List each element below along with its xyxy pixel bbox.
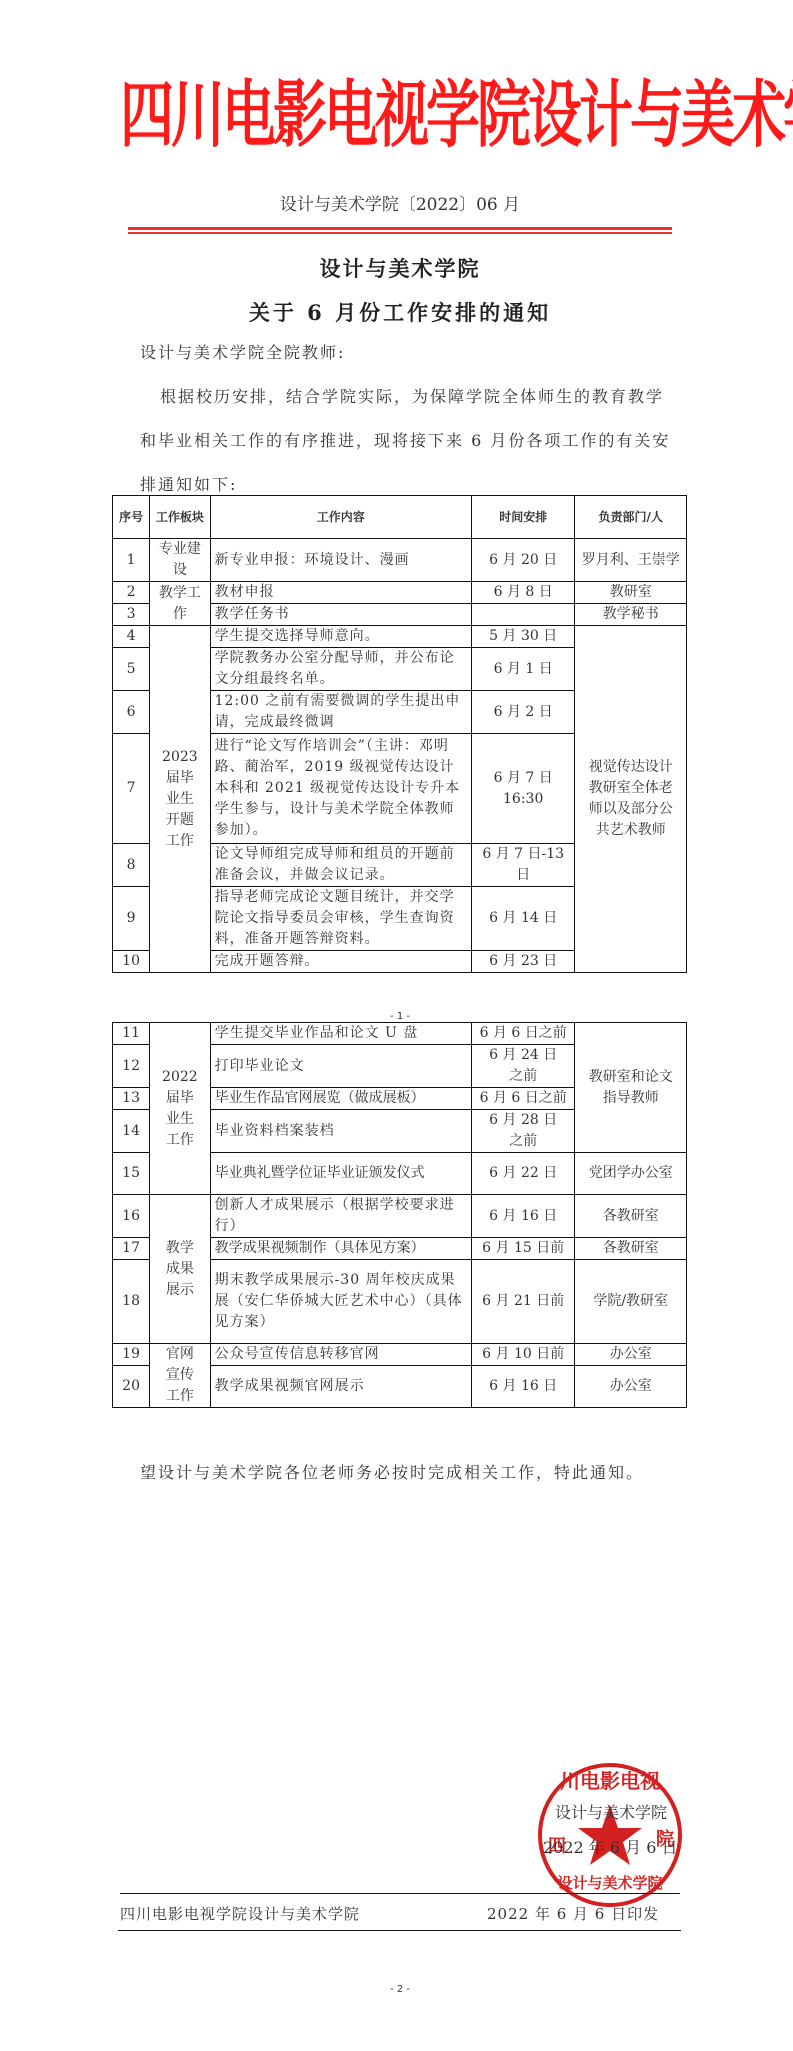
row-no: 18 (113, 1260, 150, 1344)
row-time: 6 月 16 日 (472, 1195, 575, 1238)
row-no: 14 (113, 1110, 150, 1153)
row-content: 12:00 之前有需要微调的学生提出申请，完成最终微调 (210, 691, 471, 734)
row-content: 期末教学成果展示-30 周年校庆成果展（安仁华侨城大匠艺术中心）（具体见方案） (210, 1260, 471, 1344)
row-time: 6 月 7 日-13 日 (472, 844, 575, 887)
row-owner: 罗月利、王崇学 (575, 539, 687, 582)
row-no: 8 (113, 844, 150, 887)
table-row: 4 2023 届毕业生开题工作 学生提交选择导师意向。 5 月 30 日 视觉传… (113, 626, 687, 648)
row-section: 教学成果展示 (150, 1195, 210, 1344)
row-content: 教材申报 (210, 582, 471, 604)
row-no: 4 (113, 626, 150, 648)
salutation: 设计与美术学院全院教师: (140, 340, 345, 363)
row-time: 6 月 21 日前 (472, 1260, 575, 1344)
table-row: 11 2022 届毕业生工作 学生提交毕业作品和论文 U 盘 6 月 6 日之前… (113, 1023, 687, 1045)
row-time: 6 月 14 日 (472, 887, 575, 951)
row-owner: 各教研室 (575, 1195, 687, 1238)
table-header-row: 序号 工作板块 工作内容 时间安排 负责部门/人 (113, 496, 687, 539)
footer-rule-bottom (118, 1930, 681, 1931)
row-no: 9 (113, 887, 150, 951)
row-content: 毕业生作品官网展览（做成展板） (210, 1088, 471, 1110)
row-time: 6 月 6 日之前 (472, 1023, 575, 1045)
row-time: 6 月 24 日之前 (472, 1045, 575, 1088)
row-no: 5 (113, 648, 150, 691)
row-no: 20 (113, 1366, 150, 1408)
closing-sentence: 望设计与美术学院各位老师务必按时完成相关工作，特此通知。 (140, 1460, 644, 1483)
intro-line-1: 根据校历安排，结合学院实际，为保障学院全体师生的教育教学 (160, 384, 664, 407)
row-owner: 学院/教研室 (575, 1260, 687, 1344)
page-number-1: - 1 - (350, 1011, 450, 1022)
header-section: 工作板块 (150, 496, 210, 539)
row-no: 17 (113, 1238, 150, 1260)
row-time: 6 月 2 日 (472, 691, 575, 734)
row-content: 指导老师完成论文题目统计，并交学院论文指导委员会审核，学生查询资料，准备开题答辩… (210, 887, 471, 951)
schedule-table-page1: 序号 工作板块 工作内容 时间安排 负责部门/人 1 专业建设 新专业申报：环境… (112, 495, 687, 973)
row-content: 公众号宣传信息转移官网 (210, 1344, 471, 1366)
table-row: 16 教学成果展示 创新人才成果展示（根据学校要求进行） 6 月 16 日 各教… (113, 1195, 687, 1238)
header-time: 时间安排 (472, 496, 575, 539)
row-content: 教学成果视频官网展示 (210, 1366, 471, 1408)
row-section: 官网宣传工作 (150, 1344, 210, 1408)
row-content: 进行“论文写作培训会”（主讲：邓明路、蔺治军，2019 级视觉传达设计本科和 2… (210, 734, 471, 844)
row-section: 专业建设 (150, 539, 210, 582)
row-no: 11 (113, 1023, 150, 1045)
document-number: 设计与美术学院〔2022〕06 月 (120, 190, 680, 215)
row-owner: 教学秘书 (575, 604, 687, 626)
row-owner: 党团学办公室 (575, 1153, 687, 1195)
footer-issuer: 四川电影电视学院设计与美术学院 (120, 1903, 360, 1924)
row-time: 6 月 15 日前 (472, 1238, 575, 1260)
row-content: 学院教务办公室分配导师，并公布论文分组最终名单。 (210, 648, 471, 691)
footer-rule-top (120, 1893, 680, 1894)
row-owner: 办公室 (575, 1366, 687, 1408)
row-time: 6 月 28 日之前 (472, 1110, 575, 1153)
footer-issue-date: 2022 年 6 月 6 日印发 (487, 1903, 659, 1924)
row-no: 2 (113, 582, 150, 604)
row-owner: 办公室 (575, 1344, 687, 1366)
row-no: 16 (113, 1195, 150, 1238)
svg-text:川电影电视: 川电影电视 (560, 1769, 660, 1793)
row-no: 6 (113, 691, 150, 734)
row-content: 学生提交毕业作品和论文 U 盘 (210, 1023, 471, 1045)
intro-line-3: 排通知如下: (140, 472, 237, 495)
masthead-divider (128, 227, 672, 230)
row-content: 毕业典礼暨学位证毕业证颁发仪式 (210, 1153, 471, 1195)
institution-masthead: 四川电影电视学院设计与美术学院 (120, 78, 680, 154)
row-time: 6 月 8 日 (472, 582, 575, 604)
notice-title-line2: 关于 6 月份工作安排的通知 (100, 297, 700, 327)
row-content: 毕业资料档案装档 (210, 1110, 471, 1153)
row-no: 12 (113, 1045, 150, 1088)
row-time: 6 月 10 日前 (472, 1344, 575, 1366)
row-no: 1 (113, 539, 150, 582)
row-time: 5 月 30 日 (472, 626, 575, 648)
row-no: 19 (113, 1344, 150, 1366)
row-time: 6 月 1 日 (472, 648, 575, 691)
row-content: 教学成果视频制作（具体见方案） (210, 1238, 471, 1260)
row-no: 15 (113, 1153, 150, 1195)
signature-org: 设计与美术学院 (555, 1800, 667, 1823)
row-section: 教学工作 (150, 582, 210, 626)
row-content: 教学任务书 (210, 604, 471, 626)
row-no: 7 (113, 734, 150, 844)
row-content: 完成开题答辩。 (210, 951, 471, 973)
row-content: 新专业申报：环境设计、漫画 (210, 539, 471, 582)
row-section: 2022 届毕业生工作 (150, 1023, 210, 1195)
row-no: 10 (113, 951, 150, 973)
row-owner: 教研室 (575, 582, 687, 604)
header-owner: 负责部门/人 (575, 496, 687, 539)
row-time: 6 月 23 日 (472, 951, 575, 973)
row-content: 创新人才成果展示（根据学校要求进行） (210, 1195, 471, 1238)
svg-text:设计与美术学院: 设计与美术学院 (557, 1874, 662, 1892)
table-row: 1 专业建设 新专业申报：环境设计、漫画 6 月 20 日 罗月利、王崇学 (113, 539, 687, 582)
row-no: 3 (113, 604, 150, 626)
signature-date: 2022 年 6 月 6 日 (543, 1835, 678, 1858)
schedule-table-page2: 11 2022 届毕业生工作 学生提交毕业作品和论文 U 盘 6 月 6 日之前… (112, 1022, 687, 1408)
header-no: 序号 (113, 496, 150, 539)
header-content: 工作内容 (210, 496, 471, 539)
row-time: 6 月 20 日 (472, 539, 575, 582)
masthead-divider-thin (128, 232, 672, 234)
row-content: 学生提交选择导师意向。 (210, 626, 471, 648)
row-content: 打印毕业论文 (210, 1045, 471, 1088)
intro-line-2: 和毕业相关工作的有序推进，现将接下来 6 月份各项工作的有关安 (140, 428, 670, 451)
row-time (472, 604, 575, 626)
row-section: 2023 届毕业生开题工作 (150, 626, 210, 973)
page-number-2: - 2 - (350, 1984, 450, 1995)
table-row: 19 官网宣传工作 公众号宣传信息转移官网 6 月 10 日前 办公室 (113, 1344, 687, 1366)
row-time: 6 月 7 日 16:30 (472, 734, 575, 844)
row-time: 6 月 22 日 (472, 1153, 575, 1195)
row-owner: 教研室和论文指导教师 (575, 1023, 687, 1153)
row-time: 6 月 6 日之前 (472, 1088, 575, 1110)
row-owner: 视觉传达设计教研室全体老师以及部分公共艺术教师 (575, 626, 687, 973)
notice-title-line1: 设计与美术学院 (100, 253, 700, 283)
row-content: 论文导师组完成导师和组员的开题前准备会议，并做会议记录。 (210, 844, 471, 887)
row-time: 6 月 16 日 (472, 1366, 575, 1408)
row-no: 13 (113, 1088, 150, 1110)
row-owner: 各教研室 (575, 1238, 687, 1260)
table-row: 2 教学工作 教材申报 6 月 8 日 教研室 (113, 582, 687, 604)
